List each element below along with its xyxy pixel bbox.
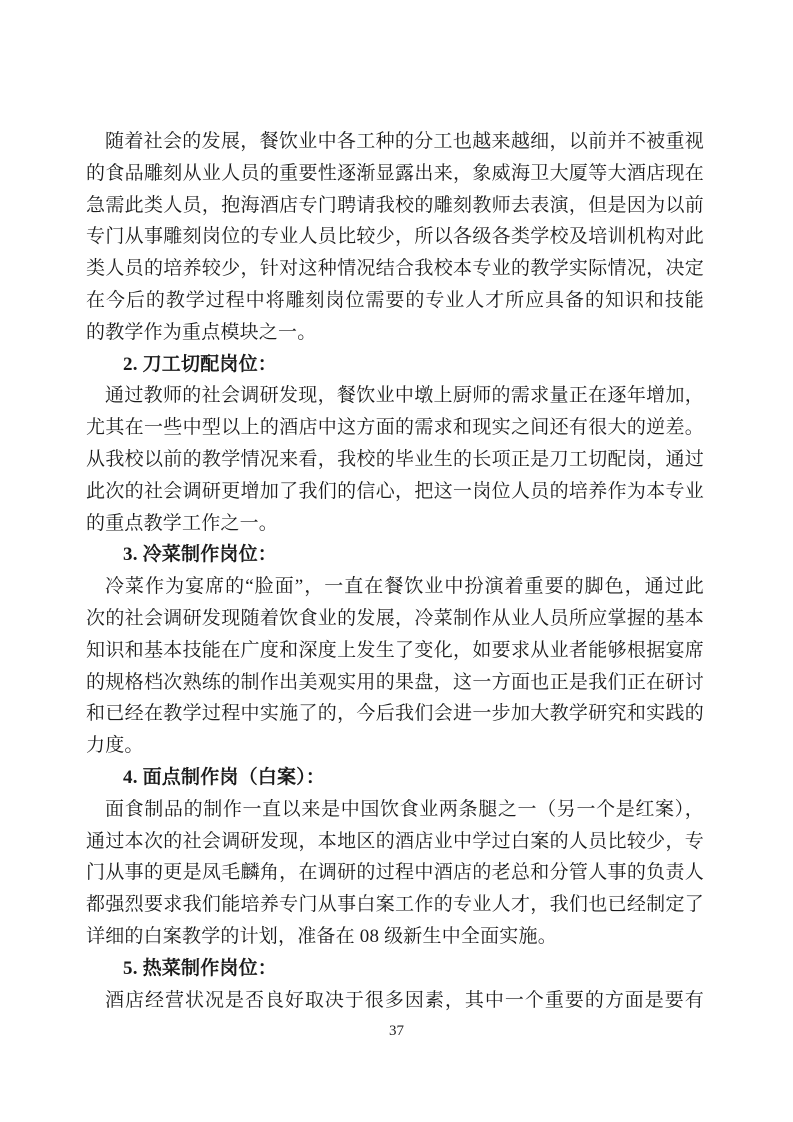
text-line: 冷菜作为宴席的“脸面”，一直在餐饮业中扮演着重要的脚色，通过此: [86, 571, 704, 603]
document-body: 随着社会的发展，餐饮业中各工种的分工也越来越细，以前并不被重视的食品雕刻从业人员…: [86, 126, 704, 1016]
text-line: 急需此类人员，抱海酒店专门聘请我校的雕刻教师去表演，但是因为以前: [86, 190, 704, 222]
text-line: 尤其在一些中型以上的酒店中这方面的需求和现实之间还有很大的逆差。: [86, 412, 704, 444]
text-line: 的教学作为重点模块之一。: [86, 317, 704, 349]
text-line: 从我校以前的教学情况来看，我校的毕业生的长项正是刀工切配岗，通过: [86, 444, 704, 476]
paragraph: 酒店经营状况是否良好取决于很多因素，其中一个重要的方面是要有: [86, 985, 704, 1017]
text-line: 的规格档次熟练的制作出美观实用的果盘，这一方面也正是我们正在研讨: [86, 667, 704, 699]
text-line: 都强烈要求我们能培养专门从事白案工作的专业人才，我们也已经制定了: [86, 889, 704, 921]
text-line: 知识和基本技能在广度和深度上发生了变化，如要求从业者能够根据宴席: [86, 635, 704, 667]
text-line: 类人员的培养较少，针对这种情况结合我校本专业的教学实际情况，决定: [86, 253, 704, 285]
text-line: 门从事的更是凤毛麟角，在调研的过程中酒店的老总和分管人事的负责人: [86, 857, 704, 889]
section-heading: 5. 热菜制作岗位：: [86, 953, 704, 985]
text-line: 力度。: [86, 730, 704, 762]
section-heading: 2. 刀工切配岗位：: [86, 349, 704, 381]
paragraph: 冷菜作为宴席的“脸面”，一直在餐饮业中扮演着重要的脚色，通过此次的社会调研发现随…: [86, 571, 704, 762]
paragraph: 面食制品的制作一直以来是中国饮食业两条腿之一（另一个是红案），通过本次的社会调研…: [86, 794, 704, 953]
text-line: 面食制品的制作一直以来是中国饮食业两条腿之一（另一个是红案），: [86, 794, 704, 826]
text-line: 通过教师的社会调研发现，餐饮业中墩上厨师的需求量正在逐年增加，: [86, 380, 704, 412]
section-heading: 3. 冷菜制作岗位：: [86, 539, 704, 571]
text-line: 专门从事雕刻岗位的专业人员比较少，所以各级各类学校及培训机构对此: [86, 221, 704, 253]
text-line: 在今后的教学过程中将雕刻岗位需要的专业人才所应具备的知识和技能: [86, 285, 704, 317]
text-line: 和已经在教学过程中实施了的，今后我们会进一步加大教学研究和实践的: [86, 698, 704, 730]
text-line: 详细的白案教学的计划，准备在 08 级新生中全面实施。: [86, 921, 704, 953]
text-line: 酒店经营状况是否良好取决于很多因素，其中一个重要的方面是要有: [86, 985, 704, 1017]
text-line: 的重点教学工作之一。: [86, 508, 704, 540]
text-line: 通过本次的社会调研发现，本地区的酒店业中学过白案的人员比较少，专: [86, 826, 704, 858]
text-line: 的食品雕刻从业人员的重要性逐渐显露出来，象威海卫大厦等大酒店现在: [86, 158, 704, 190]
section-heading: 4. 面点制作岗（白案）：: [86, 762, 704, 794]
paragraph: 通过教师的社会调研发现，餐饮业中墩上厨师的需求量正在逐年增加，尤其在一些中型以上…: [86, 380, 704, 539]
paragraph: 随着社会的发展，餐饮业中各工种的分工也越来越细，以前并不被重视的食品雕刻从业人员…: [86, 126, 704, 349]
text-line: 此次的社会调研更增加了我们的信心，把这一岗位人员的培养作为本专业: [86, 476, 704, 508]
text-line: 次的社会调研发现随着饮食业的发展，冷菜制作从业人员所应掌握的基本: [86, 603, 704, 635]
document-page: 随着社会的发展，餐饮业中各工种的分工也越来越细，以前并不被重视的食品雕刻从业人员…: [0, 0, 793, 1122]
text-line: 随着社会的发展，餐饮业中各工种的分工也越来越细，以前并不被重视: [86, 126, 704, 158]
page-number: 37: [0, 1022, 793, 1040]
